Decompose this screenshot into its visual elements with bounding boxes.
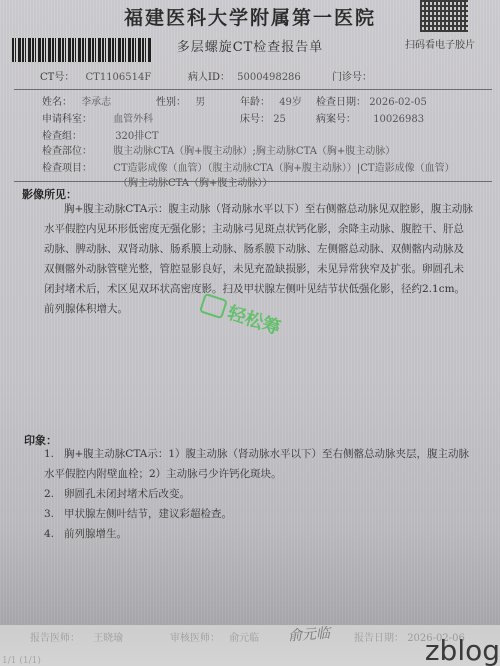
- ct-number-value: CT1106514F: [86, 72, 152, 83]
- exam-site-value: 腹主动脉CTA（胸+腹主动脉）;胸主动脉CTA（胸+腹主动脉）: [113, 146, 395, 157]
- impression-body: 1.胸+腹主动脉CTA示：1）腹主动脉（肾动脉水平以下）至右侧髂总动脉夹层，腹主…: [44, 444, 494, 544]
- impression-text: 卵圆孔未闭封堵术后改变。: [64, 488, 190, 500]
- exam-group-label: 检查组：: [42, 131, 82, 142]
- reporter-field: 报告医师： 王晓瑜: [30, 629, 123, 644]
- impression-item-2: 2.卵圆孔未闭封堵术后改变。: [44, 484, 494, 504]
- record-number-value: 10026983: [373, 114, 424, 125]
- ct-number-field: CT号： CT1106514F: [40, 68, 151, 83]
- exam-item-field: 检查项目： CT造影成像（血管）（腹主动脉CTA（胸+腹主动脉））|CT造影成像…: [42, 159, 455, 174]
- impression-number: 2.: [44, 484, 64, 504]
- impression-text-cont: 水平假腔内附壁血栓；2）主动脉弓少许钙化斑块。: [44, 464, 494, 484]
- age-label: 年龄：: [240, 97, 270, 108]
- exam-date-value: 2026-02-05: [369, 97, 427, 108]
- name-label: 姓名：: [42, 97, 72, 108]
- exam-item-value-line1: CT造影成像（血管）（腹主动脉CTA（胸+腹主动脉））|CT造影成像（血管）: [113, 163, 454, 174]
- impression-number: 1.: [44, 444, 64, 464]
- qr-code-icon[interactable]: [420, 0, 468, 32]
- patient-id-value: 5000498286: [237, 72, 301, 83]
- findings-line: 双侧髂外动脉管壁光整，管腔显影良好，未见充盈缺损影，未见异常狭窄及扩张。卵圆孔未: [44, 259, 494, 279]
- page-reference: 1/1 (1/1): [2, 656, 41, 666]
- reviewer-signature: 俞元临: [287, 623, 330, 646]
- reporter-label: 报告医师：: [30, 633, 80, 644]
- impression-item-4: 4.前列腺增生。: [44, 524, 494, 544]
- record-number-field: 病案号： 10026983: [316, 110, 424, 125]
- reporter-value: 王晓瑜: [93, 633, 123, 644]
- bed-field: 床号： 25: [240, 110, 286, 125]
- ct-number-label: CT号：: [40, 72, 74, 83]
- exam-date-label: 检查日期：: [316, 97, 366, 108]
- findings-body: 胸+腹主动脉CTA示：腹主动脉（肾动脉水平以下）至右侧髂总动脉见双腔影，腹主动脉…: [44, 199, 494, 319]
- impression-item-3: 3.甲状腺左侧叶结节，建议彩超检查。: [44, 504, 494, 524]
- impression-item-1: 1.胸+腹主动脉CTA示：1）腹主动脉（肾动脉水平以下）至右侧髂总动脉夹层，腹主…: [44, 444, 494, 464]
- exam-date-field: 检查日期： 2026-02-05: [316, 93, 427, 108]
- exam-site-field: 检查部位： 腹主动脉CTA（胸+腹主动脉）;胸主动脉CTA（胸+腹主动脉）: [42, 142, 395, 157]
- outpatient-number-label: 门诊号：: [332, 72, 372, 83]
- impression-text: 甲状腺左侧叶结节，建议彩超检查。: [64, 508, 232, 520]
- bed-label: 床号：: [240, 114, 270, 125]
- impression-number: 3.: [44, 504, 64, 524]
- name-field: 姓名： 李承志: [42, 93, 111, 108]
- divider-top: [14, 89, 492, 90]
- age-value: 49岁: [279, 97, 302, 108]
- qr-caption: 扫码看电子胶片: [405, 36, 475, 51]
- department-value: 血管外科: [113, 114, 153, 125]
- divider-middle: [14, 181, 492, 182]
- impression-number: 4.: [44, 524, 64, 544]
- reviewer-label: 审核医师：: [170, 633, 220, 644]
- findings-line: 动脉、脾动脉、双肾动脉、肠系膜上动脉、肠系膜下动脉、左侧髂总动脉、双侧髂内动脉及: [44, 239, 494, 259]
- reviewer-value: 俞元临: [229, 633, 259, 644]
- outpatient-number-field: 门诊号：: [332, 68, 372, 83]
- impression-text: 胸+腹主动脉CTA示：1）腹主动脉（肾动脉水平以下）至右侧髂总动脉夹层，腹主动脉: [64, 448, 469, 460]
- patient-id-label: 病人ID：: [188, 72, 230, 83]
- exam-group-value: 320排CT: [115, 131, 158, 142]
- exam-group-field: 检查组： 320排CT: [42, 127, 159, 142]
- record-number-label: 病案号：: [316, 114, 356, 125]
- findings-line: 水平假腔内见环形低密度无强化影；主动脉弓见斑点状钙化影，余降主动脉、腹腔干、肝总: [44, 219, 494, 239]
- reviewer-field: 审核医师： 俞元临: [170, 629, 259, 644]
- sex-value: 男: [195, 97, 205, 108]
- findings-line: 胸+腹主动脉CTA示：腹主动脉（肾动脉水平以下）至右侧髂总动脉见双腔影，腹主动脉: [44, 199, 494, 219]
- cat-logo-icon: [199, 293, 228, 319]
- report-date-label: 报告日期：: [354, 633, 404, 644]
- sex-label: 性别：: [156, 97, 186, 108]
- department-label: 申请科室：: [42, 114, 92, 125]
- impression-text: 前列腺增生。: [64, 528, 127, 540]
- exam-item-label: 检查项目：: [42, 163, 92, 174]
- barcode-icon: [12, 38, 152, 62]
- site-watermark: zblog: [425, 636, 500, 666]
- age-field: 年龄： 49岁: [240, 93, 302, 108]
- findings-line: 闭封堵术后，术区见双环状高密度影。扫及甲状腺左侧叶见结节状低强化影，径约2.1c…: [44, 279, 494, 299]
- patient-id-field: 病人ID： 5000498286: [188, 68, 301, 83]
- sex-field: 性别： 男: [156, 93, 205, 108]
- department-field: 申请科室： 血管外科: [42, 110, 153, 125]
- name-value: 李承志: [81, 97, 111, 108]
- bed-value: 25: [273, 114, 286, 125]
- exam-site-label: 检查部位：: [42, 146, 92, 157]
